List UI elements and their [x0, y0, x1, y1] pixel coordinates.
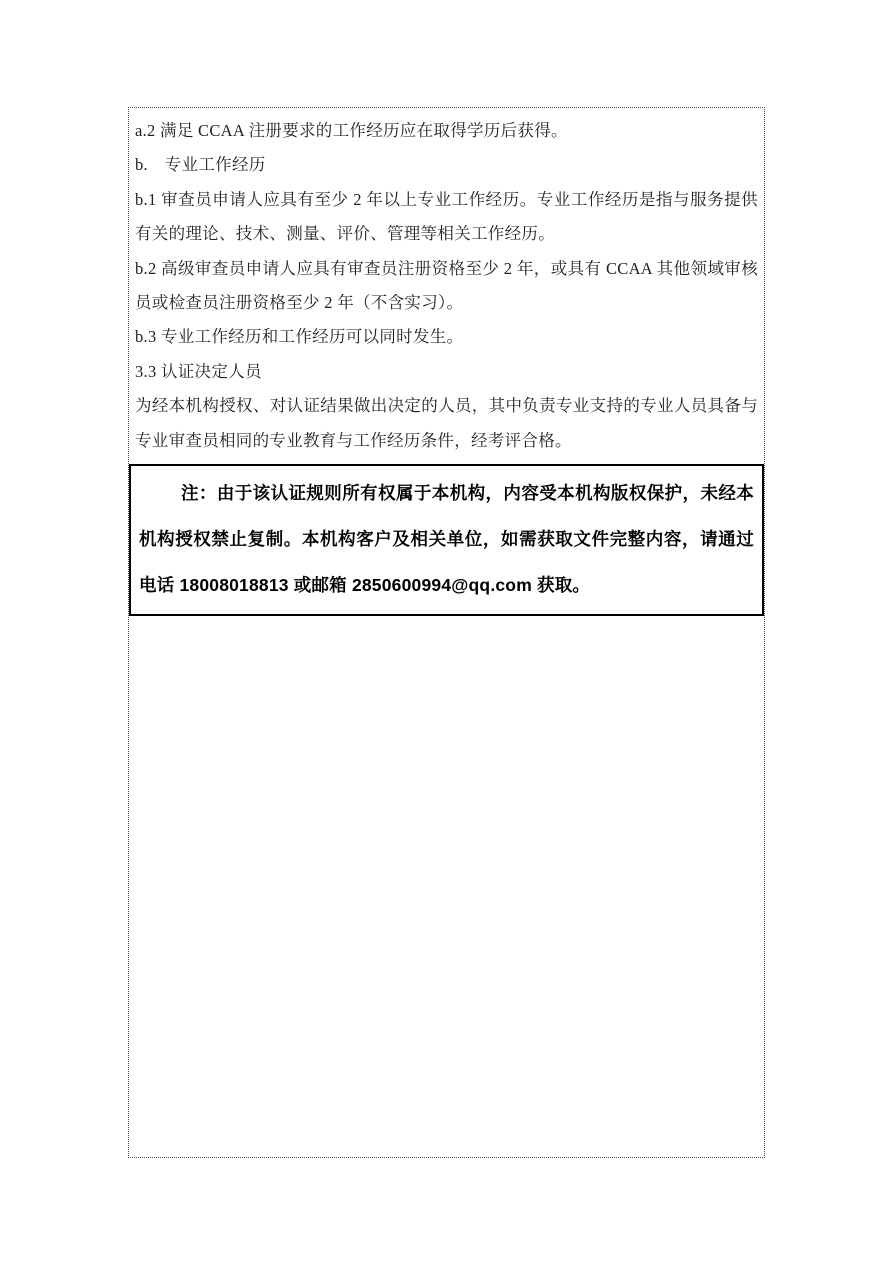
document-cell: a.2 满足 CCAA 注册要求的工作经历应在取得学历后获得。 b. 专业工作经…: [128, 107, 765, 1158]
copyright-note-box: 注：由于该认证规则所有权属于本机构，内容受本机构版权保护，未经本机构授权禁止复制…: [129, 464, 764, 616]
document-page: a.2 满足 CCAA 注册要求的工作经历应在取得学历后获得。 b. 专业工作经…: [0, 0, 892, 1262]
body-paragraph: b. 专业工作经历: [135, 148, 758, 182]
copyright-note-text: 注：由于该认证规则所有权属于本机构，内容受本机构版权保护，未经本机构授权禁止复制…: [139, 470, 754, 608]
body-paragraph: a.2 满足 CCAA 注册要求的工作经历应在取得学历后获得。: [135, 114, 758, 148]
body-paragraph: b.1 审查员申请人应具有至少 2 年以上专业工作经历。专业工作经历是指与服务提…: [135, 183, 758, 252]
body-paragraph: b.3 专业工作经历和工作经历可以同时发生。: [135, 320, 758, 354]
body-paragraph: b.2 高级审查员申请人应具有审查员注册资格至少 2 年，或具有 CCAA 其他…: [135, 252, 758, 321]
body-text-block: a.2 满足 CCAA 注册要求的工作经历应在取得学历后获得。 b. 专业工作经…: [129, 108, 764, 458]
body-paragraph: 为经本机构授权、对认证结果做出决定的人员，其中负责专业支持的专业人员具备与专业审…: [135, 389, 758, 458]
body-paragraph: 3.3 认证决定人员: [135, 355, 758, 389]
